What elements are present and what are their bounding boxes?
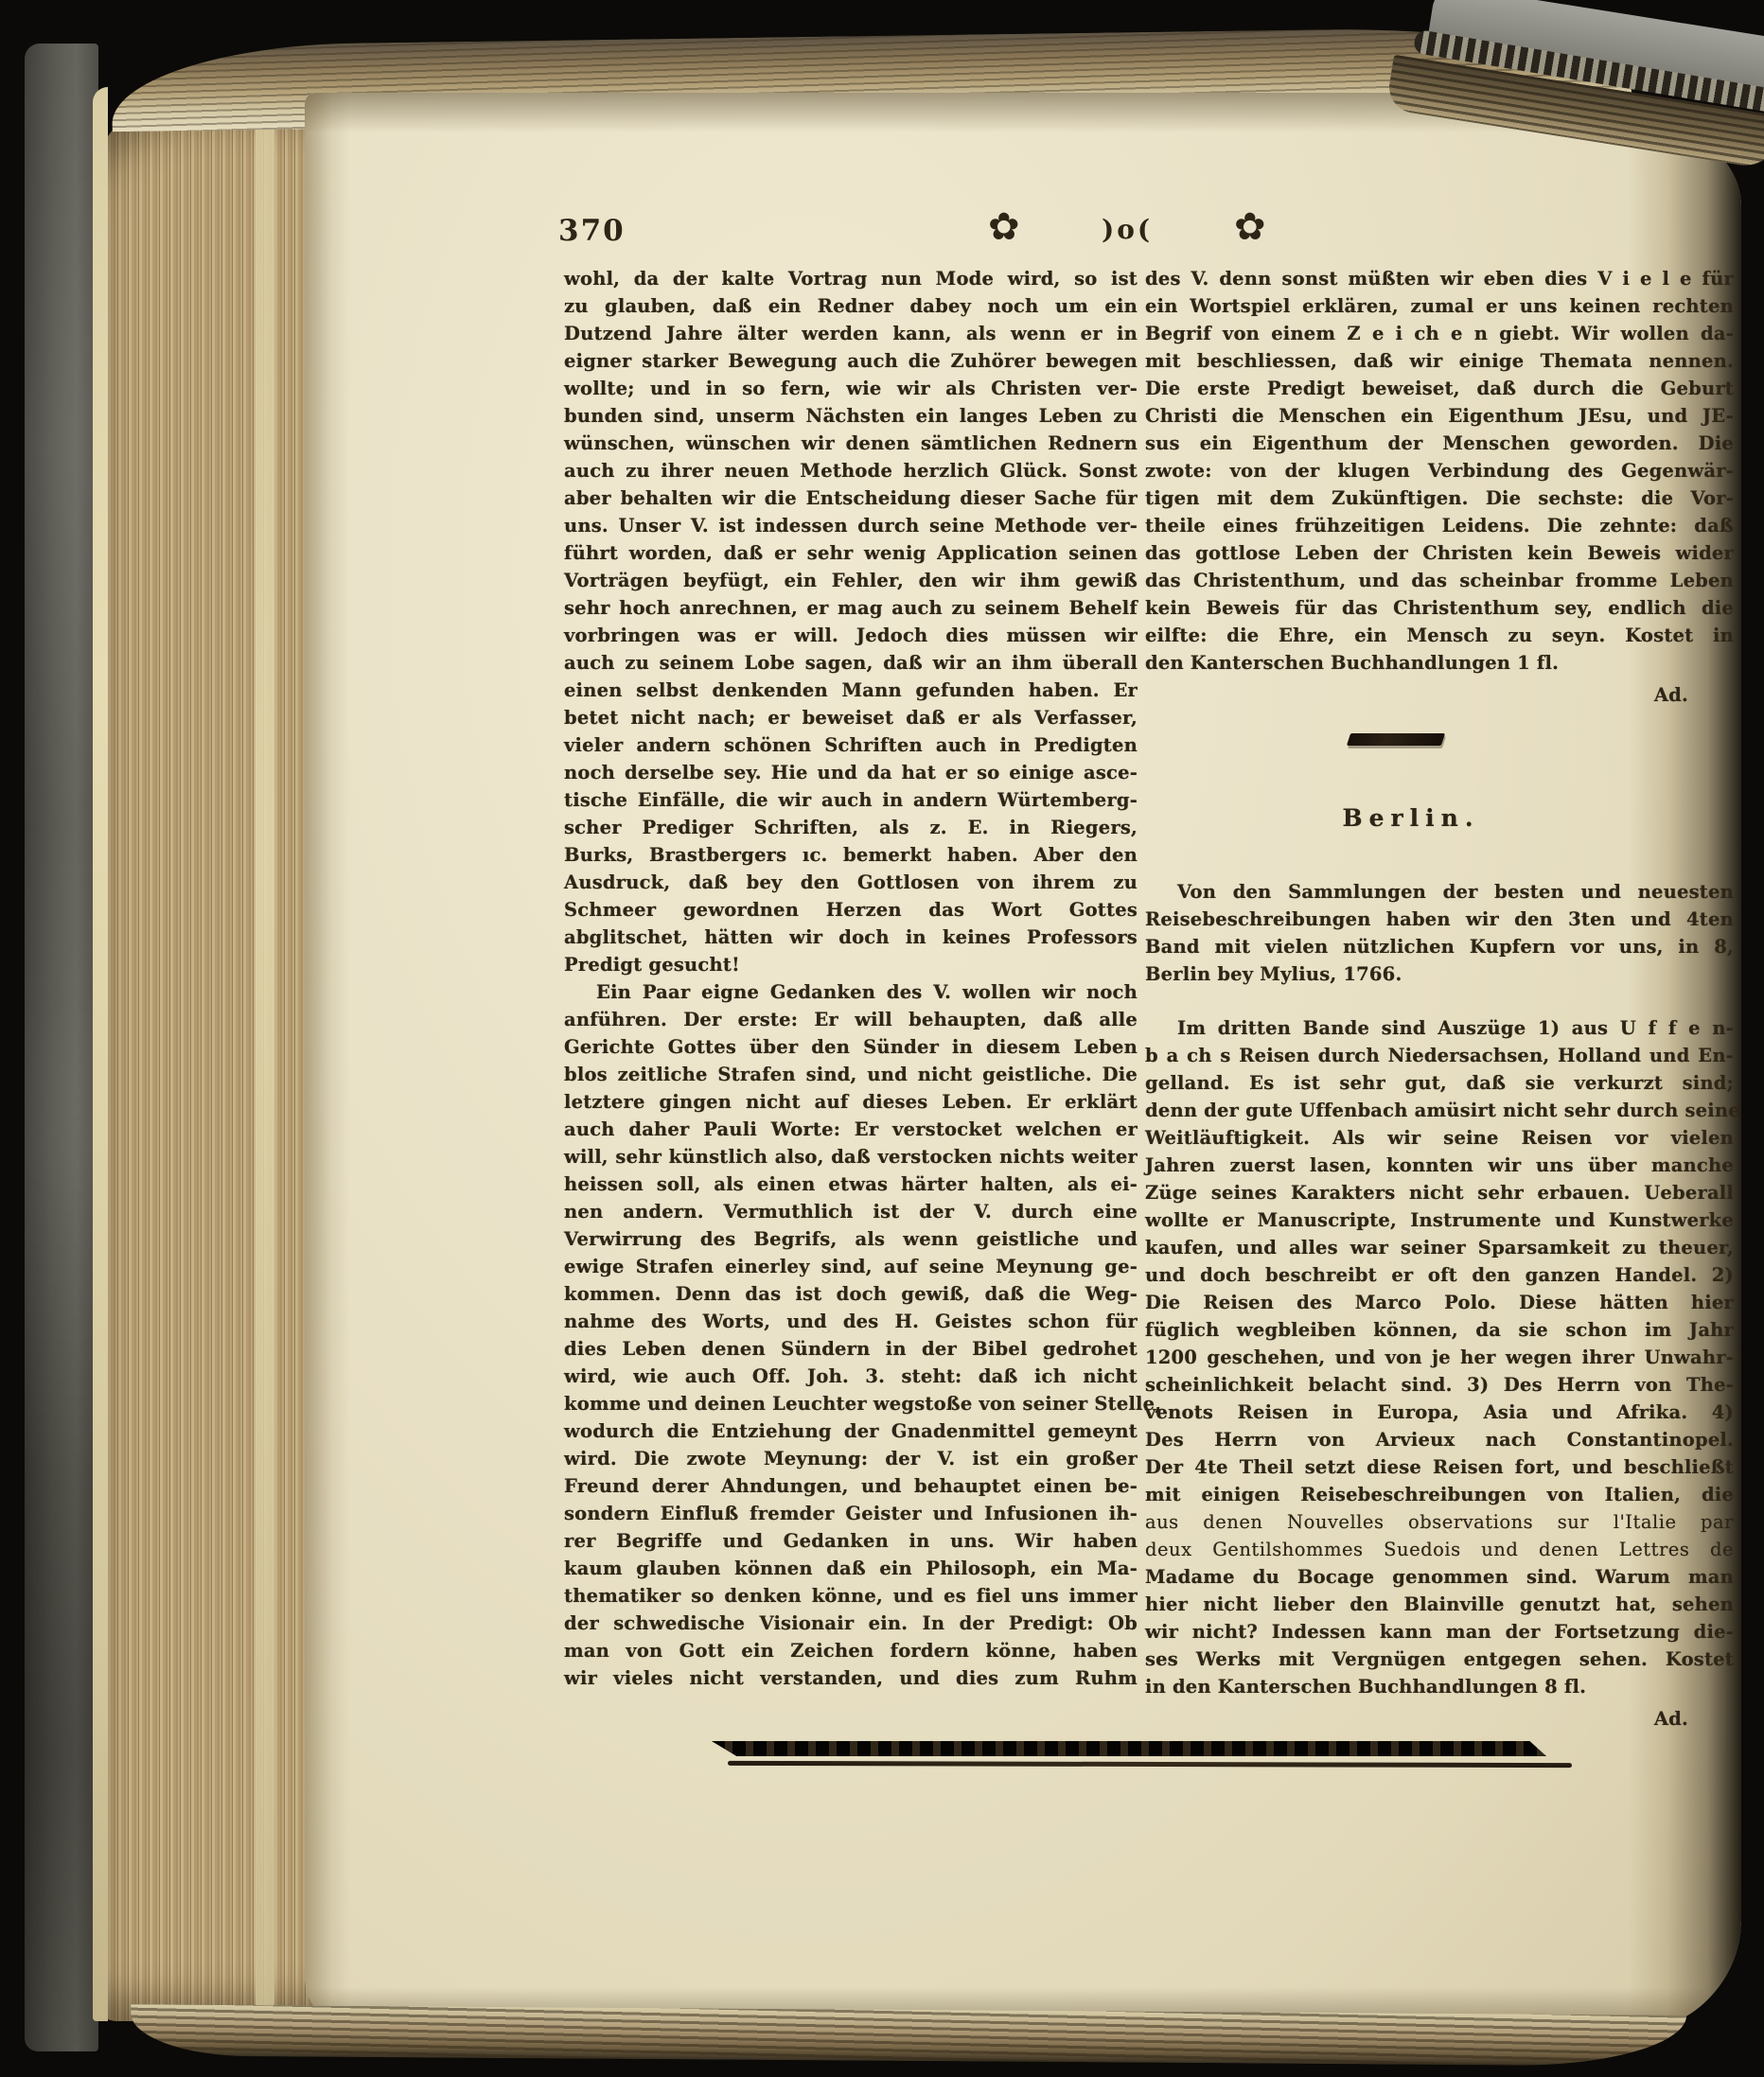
text-line: Dutzend Jahre älter werden kann, als wen…	[564, 320, 1138, 347]
text-line: ewige Strafen einerley sind, auf seine M…	[564, 1253, 1138, 1280]
text-line: gelland. Es ist sehr gut, daß sie verkur…	[1145, 1069, 1734, 1097]
text-line: wir vieles nicht verstanden, und dies zu…	[564, 1664, 1138, 1692]
text-line: den Kanterschen Buchhandlungen 1 fl.	[1145, 649, 1734, 677]
text-line: aber behalten wir die Entscheidung diese…	[564, 484, 1138, 512]
text-line: wird, wie auch Off. Joh. 3. steht: daß i…	[564, 1363, 1138, 1390]
section-heading: Berlin.	[1117, 804, 1705, 836]
page-edge-highlight	[256, 97, 274, 2012]
text-line: mit einigen Reisebeschreibungen von Ital…	[1145, 1481, 1734, 1508]
text-line: eigner starker Bewegung auch die Zuhörer…	[564, 347, 1138, 375]
text-line: Burks, Brastbergers ıc. bemerkt haben. A…	[564, 841, 1138, 869]
text-line: zu glauben, daß ein Redner dabey noch um…	[564, 292, 1138, 320]
text-line: Madame du Bocage genommen sind. Warum ma…	[1145, 1563, 1734, 1591]
text-line: Ausdruck, daß bey den Gottlosen von ihre…	[564, 869, 1138, 896]
text-line: führt worden, daß er sehr wenig Applicat…	[564, 539, 1138, 567]
right-text-column: des V. denn sonst müßten wir eben dies V…	[1145, 265, 1734, 1733]
text-line: bunden sind, unserm Nächsten ein langes …	[564, 402, 1138, 430]
text-line: Reisebeschreibungen haben wir den 3ten u…	[1145, 906, 1734, 933]
text-line: vieler andern schönen Schriften auch in …	[564, 731, 1138, 759]
fleuron-ornament-icon: ✿	[988, 206, 1020, 248]
text-line: man von Gott ein Zeichen fordern könne, …	[564, 1637, 1138, 1664]
signoff-initial: Ad.	[1145, 1705, 1734, 1733]
text-line: Predigt gesucht!	[564, 951, 1138, 978]
text-line: Des Herrn von Arvieux nach Constantinope…	[1145, 1426, 1734, 1453]
text-line: komme und deinen Leuchter wegstoße von s…	[564, 1390, 1138, 1417]
text-line: Von den Sammlungen der besten und neuest…	[1145, 878, 1734, 906]
paragraph: wohl, da der kalte Vortrag nun Mode wird…	[564, 265, 1138, 978]
page-number: 370	[558, 214, 626, 248]
text-line: eilfte: die Ehre, ein Mensch zu seyn. Ko…	[1145, 622, 1734, 649]
text-line: sehr hoch anrechnen, er mag auch zu sein…	[564, 594, 1138, 622]
text-line: venots Reisen in Europa, Asia und Afrika…	[1145, 1399, 1734, 1426]
text-line: wünschen, wünschen wir denen sämtlichen …	[564, 430, 1138, 457]
text-line: das Christenthum, und das scheinbar from…	[1145, 567, 1734, 594]
text-line: ein Wortspiel erklären, zumal er uns kei…	[1145, 292, 1734, 320]
text-line: Die erste Predigt beweiset, daß durch di…	[1145, 375, 1734, 402]
text-line: das gottlose Leben der Christen kein Bew…	[1145, 539, 1734, 567]
page-edge-highlight	[93, 87, 108, 2021]
text-line: Schmeer gewordnen Herzen das Wort Gottes	[564, 896, 1138, 924]
gutter-shadow-left	[305, 93, 350, 2033]
text-line: des V. denn sonst müßten wir eben dies V…	[1145, 265, 1734, 292]
text-line: vorbringen was er will. Jedoch dies müss…	[564, 622, 1138, 649]
text-line: Züge seines Karakters nicht sehr erbauen…	[1145, 1179, 1734, 1206]
text-line: hier nicht lieber den Blainville genutzt…	[1145, 1591, 1734, 1618]
text-line: sondern Einfluß fremder Geister und Infu…	[564, 1500, 1138, 1527]
section-separator-rule	[1347, 733, 1445, 746]
text-line: auch zu seinem Lobe sagen, daß wir an ih…	[564, 649, 1138, 677]
book-cover-board-edge	[25, 44, 98, 2051]
text-line: Jahren zuerst lasen, konnten wir uns übe…	[1145, 1152, 1734, 1179]
text-line: letztere gingen nicht auf dieses Leben. …	[564, 1088, 1138, 1116]
text-line: Ein Paar eigne Gedanken des V. wollen wi…	[564, 978, 1138, 1006]
text-line: sus ein Eigenthum der Menschen geworden.…	[1145, 430, 1734, 457]
text-line: b a ch s Reisen durch Niedersachsen, Hol…	[1145, 1042, 1734, 1069]
text-line: anführen. Der erste: Er will behaupten, …	[564, 1006, 1138, 1033]
text-line: zwote: von der klugen Verbindung des Geg…	[1145, 457, 1734, 484]
fleuron-ornament-icon: ✿	[1234, 206, 1266, 248]
text-line: scheinlichkeit belacht sind. 3) Des Herr…	[1145, 1371, 1734, 1399]
text-line: abglitschet, hätten wir doch in keines P…	[564, 924, 1138, 951]
text-line: noch derselbe sey. Hie und da hat er so …	[564, 759, 1138, 786]
text-line: auch daher Pauli Worte: Er verstocket we…	[564, 1116, 1138, 1143]
text-line: Christi die Menschen ein Eigenthum JEsu,…	[1145, 402, 1734, 430]
paragraph: Im dritten Bande sind Auszüge 1) aus U f…	[1145, 1014, 1734, 1700]
footer-rule-thin	[728, 1761, 1572, 1768]
text-line: der schwedische Visionair ein. In der Pr…	[564, 1610, 1138, 1637]
text-line: deux Gentilshommes Suedois und denen Let…	[1145, 1536, 1734, 1563]
text-line: scher Prediger Schriften, als z. E. in R…	[564, 814, 1138, 841]
text-line: nahme des Worts, und des H. Geistes scho…	[564, 1308, 1138, 1335]
paragraph: Ein Paar eigne Gedanken des V. wollen wi…	[564, 978, 1138, 1692]
text-line: denn der gute Uffenbach amüsirt nicht se…	[1145, 1097, 1734, 1124]
text-line: Gerichte Gottes über den Sünder in diese…	[564, 1033, 1138, 1061]
text-line: kommen. Denn das ist doch gewiß, daß die…	[564, 1280, 1138, 1308]
book-photograph: { "header": { "page_number": "370", "orn…	[0, 0, 1764, 2077]
text-line: heissen soll, als einen etwas härter hal…	[564, 1171, 1138, 1198]
text-line: auch zu ihrer neuen Methode herzlich Glü…	[564, 457, 1138, 484]
text-line: betet nicht nach; er beweiset daß er als…	[564, 704, 1138, 731]
text-line: wird. Die zwote Meynung: der V. ist ein …	[564, 1445, 1138, 1472]
text-line: rer Begriffe und Gedanken in uns. Wir ha…	[564, 1527, 1138, 1555]
paragraph: Von den Sammlungen der besten und neuest…	[1145, 878, 1734, 988]
text-line: wollte; und in so fern, wie wir als Chri…	[564, 375, 1138, 402]
text-line: tische Einfälle, die wir auch in andern …	[564, 786, 1138, 814]
text-line: Freund derer Ahndungen, und behauptet ei…	[564, 1472, 1138, 1500]
text-line: kaum glauben können daß ein Philosoph, e…	[564, 1555, 1138, 1582]
text-line: wir nicht? Indessen kann man der Fortset…	[1145, 1618, 1734, 1646]
scanned-book-page: 370 ✿ )o( ✿ wohl, da der kalte Vortrag n…	[305, 93, 1741, 2033]
paragraph: des V. denn sonst müßten wir eben dies V…	[1145, 265, 1734, 677]
text-line: einen selbst denkenden Mann gefunden hab…	[564, 677, 1138, 704]
text-line: Der 4te Theil setzt diese Reisen fort, u…	[1145, 1453, 1734, 1481]
page-bottom-edge-stack	[131, 2004, 1686, 2066]
text-line: blos zeitliche Strafen sind, und nicht g…	[564, 1061, 1138, 1088]
text-line: kein Beweis für das Christenthum sey, en…	[1145, 594, 1734, 622]
text-line: Verwirrung des Begrifs, als wenn geistli…	[564, 1225, 1138, 1253]
text-line: will, sehr künstlich also, daß verstocke…	[564, 1143, 1138, 1171]
text-line: uns. Unser V. ist indessen durch seine M…	[564, 512, 1138, 539]
text-line: mit beschliessen, daß wir einige Themata…	[1145, 347, 1734, 375]
text-line: 1200 geschehen, und von je her wegen ihr…	[1145, 1344, 1734, 1371]
text-line: ses Werks mit Vergnügen entgegen sehen. …	[1145, 1646, 1734, 1673]
left-text-column: wohl, da der kalte Vortrag nun Mode wird…	[564, 265, 1138, 1692]
text-line: Die Reisen des Marco Polo. Diese hätten …	[1145, 1289, 1734, 1316]
text-line: in den Kanterschen Buchhandlungen 8 fl.	[1145, 1673, 1734, 1700]
text-line: Berlin bey Mylius, 1766.	[1145, 960, 1734, 988]
text-line: thematiker so denken könne, und es fiel …	[564, 1582, 1138, 1610]
footer-rule-thick	[712, 1741, 1546, 1756]
text-line: Im dritten Bande sind Auszüge 1) aus U f…	[1145, 1014, 1734, 1042]
text-line: Vorträgen beyfügt, ein Fehler, den wir i…	[564, 567, 1138, 594]
text-line: füglich wegbleiben können, da sie schon …	[1145, 1316, 1734, 1344]
text-line: Begrif von einem Z e i ch e n giebt. Wir…	[1145, 320, 1734, 347]
text-line: theile eines frühzeitigen Leidens. Die z…	[1145, 512, 1734, 539]
text-line: wollte er Manuscripte, Instrumente und K…	[1145, 1206, 1734, 1234]
text-line: wohl, da der kalte Vortrag nun Mode wird…	[564, 265, 1138, 292]
text-line: kaufen, und alles war seiner Sparsamkeit…	[1145, 1234, 1734, 1261]
text-line: Weitläuftigkeit. Als wir seine Reisen vo…	[1145, 1124, 1734, 1152]
text-line: nen andern. Vermuthlich ist der V. durch…	[564, 1198, 1138, 1225]
signature-mark: )o(	[1102, 214, 1153, 245]
text-line: Band mit vielen nützlichen Kupfern vor u…	[1145, 933, 1734, 960]
text-line: wodurch die Entziehung der Gnadenmittel …	[564, 1417, 1138, 1445]
text-line: dies Leben denen Sündern in der Bibel ge…	[564, 1335, 1138, 1363]
text-line: aus denen Nouvelles observations sur l'I…	[1145, 1508, 1734, 1536]
signoff-initial: Ad.	[1145, 681, 1734, 709]
text-line: und doch beschreibt er oft den ganzen Ha…	[1145, 1261, 1734, 1289]
text-line: tigen mit dem Zukünftigen. Die sechste: …	[1145, 484, 1734, 512]
